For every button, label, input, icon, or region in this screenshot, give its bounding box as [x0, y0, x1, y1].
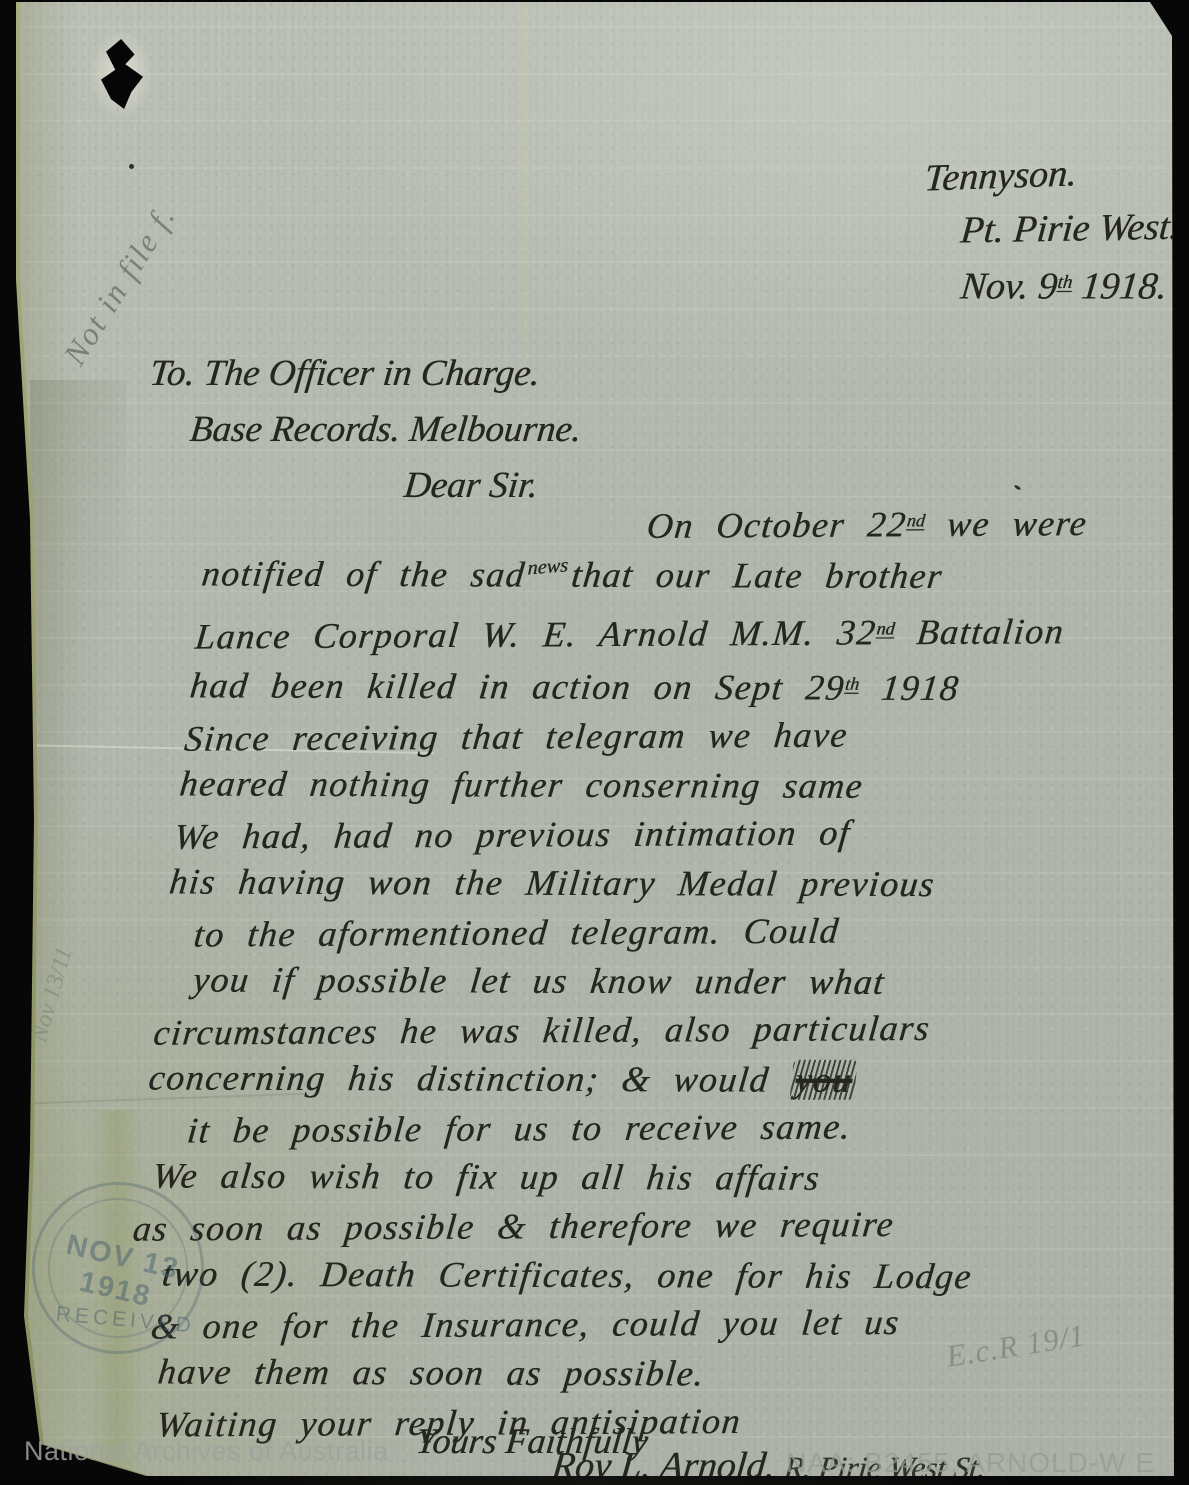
segment-text: you if possible let us know under what	[191, 959, 887, 1001]
segment-text: 1918.	[1070, 265, 1169, 307]
segment-sup: nd	[876, 618, 896, 638]
handwritten-line: two (2). Death Certificates, one for his…	[160, 1249, 1011, 1301]
handwritten-line: had been killed in action on Sept 29th 1…	[187, 657, 1073, 713]
segment-text: We also wish to fix up all his affairs	[151, 1155, 823, 1197]
handwritten-line: Base Records. Melbourne.	[187, 402, 584, 458]
handwritten-line: as soon as possible & therefore we requi…	[131, 1199, 1017, 1253]
segment-text: circumstances he was killed, also partic…	[152, 1008, 933, 1053]
segment-text: Nov. 9	[959, 265, 1060, 307]
scanned-letter-page: Not in file f. Nov 13/11 E.c.R 19/1 Tenn…	[0, 0, 1189, 1485]
handwritten-line: have them as soon as possible.	[155, 1347, 1000, 1399]
segment-strike: you	[790, 1059, 859, 1099]
handwritten-line: his having won the Military Medal previo…	[167, 857, 1052, 909]
segment-insert: news	[527, 541, 569, 593]
paper: Not in file f. Nov 13/11 E.c.R 19/1 Tenn…	[4, 0, 1189, 1485]
segment-text: concerning his distinction; & would	[147, 1057, 794, 1099]
segment-text: Battalion	[892, 611, 1066, 652]
segment-text: it be possible for us to receive same.	[185, 1106, 853, 1150]
handwritten-line: to the aformentioned telegram. Could	[192, 905, 1047, 959]
segment-text: 1918	[857, 667, 962, 707]
handwritten-line: Nov. 9th 1918.	[911, 256, 1171, 313]
segment-text: that our Late brother	[569, 555, 944, 596]
segment-text: To. The Officer in Charge.	[148, 353, 542, 394]
letter-body: On October 22nd we werenotified of the s…	[110, 498, 1090, 1447]
handwritten-line: On October 22nd we were	[204, 495, 1090, 553]
ink-speck	[129, 164, 134, 169]
segment-text: Lance Corporal W. E. Arnold M.M. 32	[193, 612, 878, 656]
handwritten-line: concerning his distinction; & would you	[146, 1053, 1031, 1105]
signature-name: Roy L. Arnold.	[550, 1445, 778, 1485]
segment-text: to the aformentioned telegram. Could	[192, 910, 841, 954]
segment-text: have them as soon as possible.	[156, 1351, 707, 1393]
salutation-block: To. The Officer in Charge.Base Records. …	[135, 346, 590, 514]
handwritten-line: Lance Corporal W. E. Arnold M.M. 32nd Ba…	[193, 603, 1079, 661]
segment-text: On October 22	[645, 504, 909, 546]
segment-text: notified of the sad	[200, 553, 528, 594]
handwritten-line: To. The Officer in Charge.	[147, 346, 590, 402]
handwritten-line: circumstances he was killed, also partic…	[151, 1003, 1037, 1057]
handwritten-line: it be possible for us to receive same.	[185, 1101, 1026, 1155]
handwritten-line: notified of the sadnewsthat our Late bro…	[199, 549, 1085, 607]
handwritten-line: heared nothing further conserning same	[177, 759, 1062, 811]
handwritten-line: you if possible let us know under what	[191, 955, 1042, 1007]
segment-text: Tennyson.	[923, 152, 1078, 199]
handwritten-line: Pt. Pirie West.	[917, 201, 1182, 259]
handwritten-line: We had, had no previous intimation of	[172, 807, 1058, 861]
letterhead-address-date: Tennyson.Pt. Pirie West.Nov. 9th 1918.	[911, 150, 1188, 313]
segment-text: two (2). Death Certificates, one for his…	[160, 1253, 974, 1296]
segment-text: & one for the Insurance, could you let u…	[149, 1302, 902, 1347]
handwritten-line: We also wish to fix up all his affairs	[150, 1151, 1021, 1203]
ink-speck	[1014, 484, 1021, 490]
watermark-naa-reference: NAA: B2455, ARNOLD-W E	[786, 1447, 1155, 1479]
segment-text: Pt. Pirie West.	[959, 206, 1181, 252]
segment-text: Since receiving that telegram we have	[183, 714, 850, 758]
segment-text: as soon as possible & therefore we requi…	[131, 1204, 896, 1249]
segment-text: had been killed in action on Sept 29	[188, 665, 847, 707]
handwritten-line: Since receiving that telegram we have	[182, 709, 1068, 763]
segment-text: his having won the Military Medal previo…	[167, 861, 937, 904]
segment-text: we were	[923, 503, 1090, 544]
handwritten-line: & one for the Insurance, could you let u…	[148, 1297, 1005, 1351]
segment-text: We had, had no previous intimation of	[172, 812, 852, 856]
watermark-national-archives: National Archives of Australia	[24, 1436, 389, 1467]
segment-text: Base Records. Melbourne.	[188, 409, 583, 450]
segment-text: heared nothing further conserning same	[178, 763, 866, 805]
handwritten-line: Tennyson.	[923, 147, 1079, 205]
